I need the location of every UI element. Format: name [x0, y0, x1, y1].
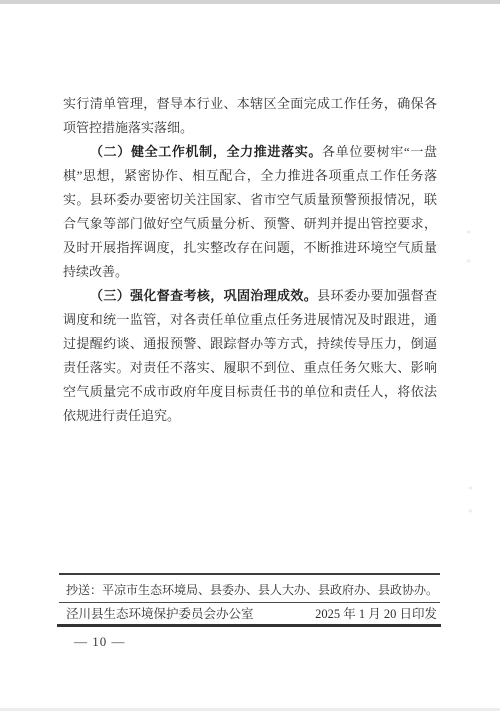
text-segment: 持续改善。 — [63, 264, 128, 279]
text-line: 依规进行责任追究。 — [63, 404, 437, 428]
text-segment: 及时开展指挥调度，扎实整改存在问题，不断推进环境空气质量 — [63, 240, 437, 255]
text-segment: 实。县环委办要密切关注国家、省市空气质量预警预报情况，联 — [63, 192, 437, 207]
text-line: 实行清单管理，督导本行业、本辖区全面完成工作任务，确保各 — [63, 92, 437, 116]
issuer-row: 泾川县生态环境保护委员会办公室 2025 年 1 月 20 日印发 — [66, 605, 437, 624]
text-segment: 实行清单管理，督导本行业、本辖区全面完成工作任务，确保各 — [63, 96, 437, 111]
footer-rule-top — [59, 573, 440, 575]
text-segment: 县环委办要加强督查 — [317, 288, 437, 303]
issuing-office: 泾川县生态环境保护委员会办公室 — [66, 605, 254, 624]
document-body: 实行清单管理，督导本行业、本辖区全面完成工作任务，确保各项管控措施落实落细。（二… — [63, 92, 437, 428]
text-segment: 各单位要树牢“一盘 — [322, 144, 437, 159]
cc-text: 抄送：平凉市生态环境局、县委办、县人大办、县政府办、县政协办。 — [66, 583, 438, 597]
text-line: （三）强化督查考核，巩固治理成效。县环委办要加强督查 — [63, 284, 437, 308]
scan-speck — [468, 509, 473, 513]
scan-speck — [466, 259, 471, 263]
text-segment: 调度和统一监管，对各责任单位重点任务进展情况及时跟进，通 — [63, 312, 437, 327]
text-segment: 空气质量完不成市政府年度目标责任书的单位和责任人，将依法 — [63, 384, 437, 399]
text-line: （二）健全工作机制，全力推进落实。各单位要树牢“一盘 — [63, 140, 437, 164]
page-number: — 10 — — [74, 634, 126, 650]
scan-speck — [466, 230, 471, 234]
text-segment: 项管控措施落实落细。 — [63, 120, 193, 135]
text-line: 实。县环委办要密切关注国家、省市空气质量预警预报情况，联 — [63, 188, 437, 212]
scan-edge-top — [0, 0, 500, 4]
heading-segment: （二）健全工作机制，全力推进落实。 — [90, 144, 322, 159]
text-segment: 棋”思想，紧密协作、相互配合，全力推进各项重点工作任务落 — [63, 168, 437, 183]
text-line: 项管控措施落实落细。 — [63, 116, 437, 140]
footer-rule-middle — [59, 602, 440, 603]
text-line: 责任落实。对责任不落实、履职不到位、重点任务欠账大、影响 — [63, 356, 437, 380]
text-segment: 过提醒约谈、通报预警、跟踪督办等方式，持续传导压力，倒逼 — [63, 336, 437, 351]
text-line: 棋”思想，紧密协作、相互配合，全力推进各项重点工作任务落 — [63, 164, 437, 188]
text-line: 合气象等部门做好空气质量分析、预警、研判并提出管控要求， — [63, 212, 437, 236]
cc-line: 抄送：平凉市生态环境局、县委办、县人大办、县政府办、县政协办。 — [66, 579, 440, 601]
footer-rule-bottom — [57, 624, 441, 627]
print-date: 2025 年 1 月 20 日印发 — [315, 605, 437, 624]
text-line: 及时开展指挥调度，扎实整改存在问题，不断推进环境空气质量 — [63, 236, 437, 260]
scanned-document-page: { "page": { "background": "#ffffff", "sc… — [0, 0, 500, 711]
heading-segment: （三）强化督查考核，巩固治理成效。 — [90, 288, 317, 303]
text-line: 过提醒约谈、通报预警、跟踪督办等方式，持续传导压力，倒逼 — [63, 332, 437, 356]
text-line: 空气质量完不成市政府年度目标责任书的单位和责任人，将依法 — [63, 380, 437, 404]
text-segment: 合气象等部门做好空气质量分析、预警、研判并提出管控要求， — [63, 216, 437, 231]
text-segment: 责任落实。对责任不落实、履职不到位、重点任务欠账大、影响 — [63, 360, 437, 375]
scan-speck — [468, 486, 473, 490]
text-line: 持续改善。 — [63, 260, 437, 284]
text-line: 调度和统一监管，对各责任单位重点任务进展情况及时跟进，通 — [63, 308, 437, 332]
text-segment: 依规进行责任追究。 — [63, 408, 180, 423]
